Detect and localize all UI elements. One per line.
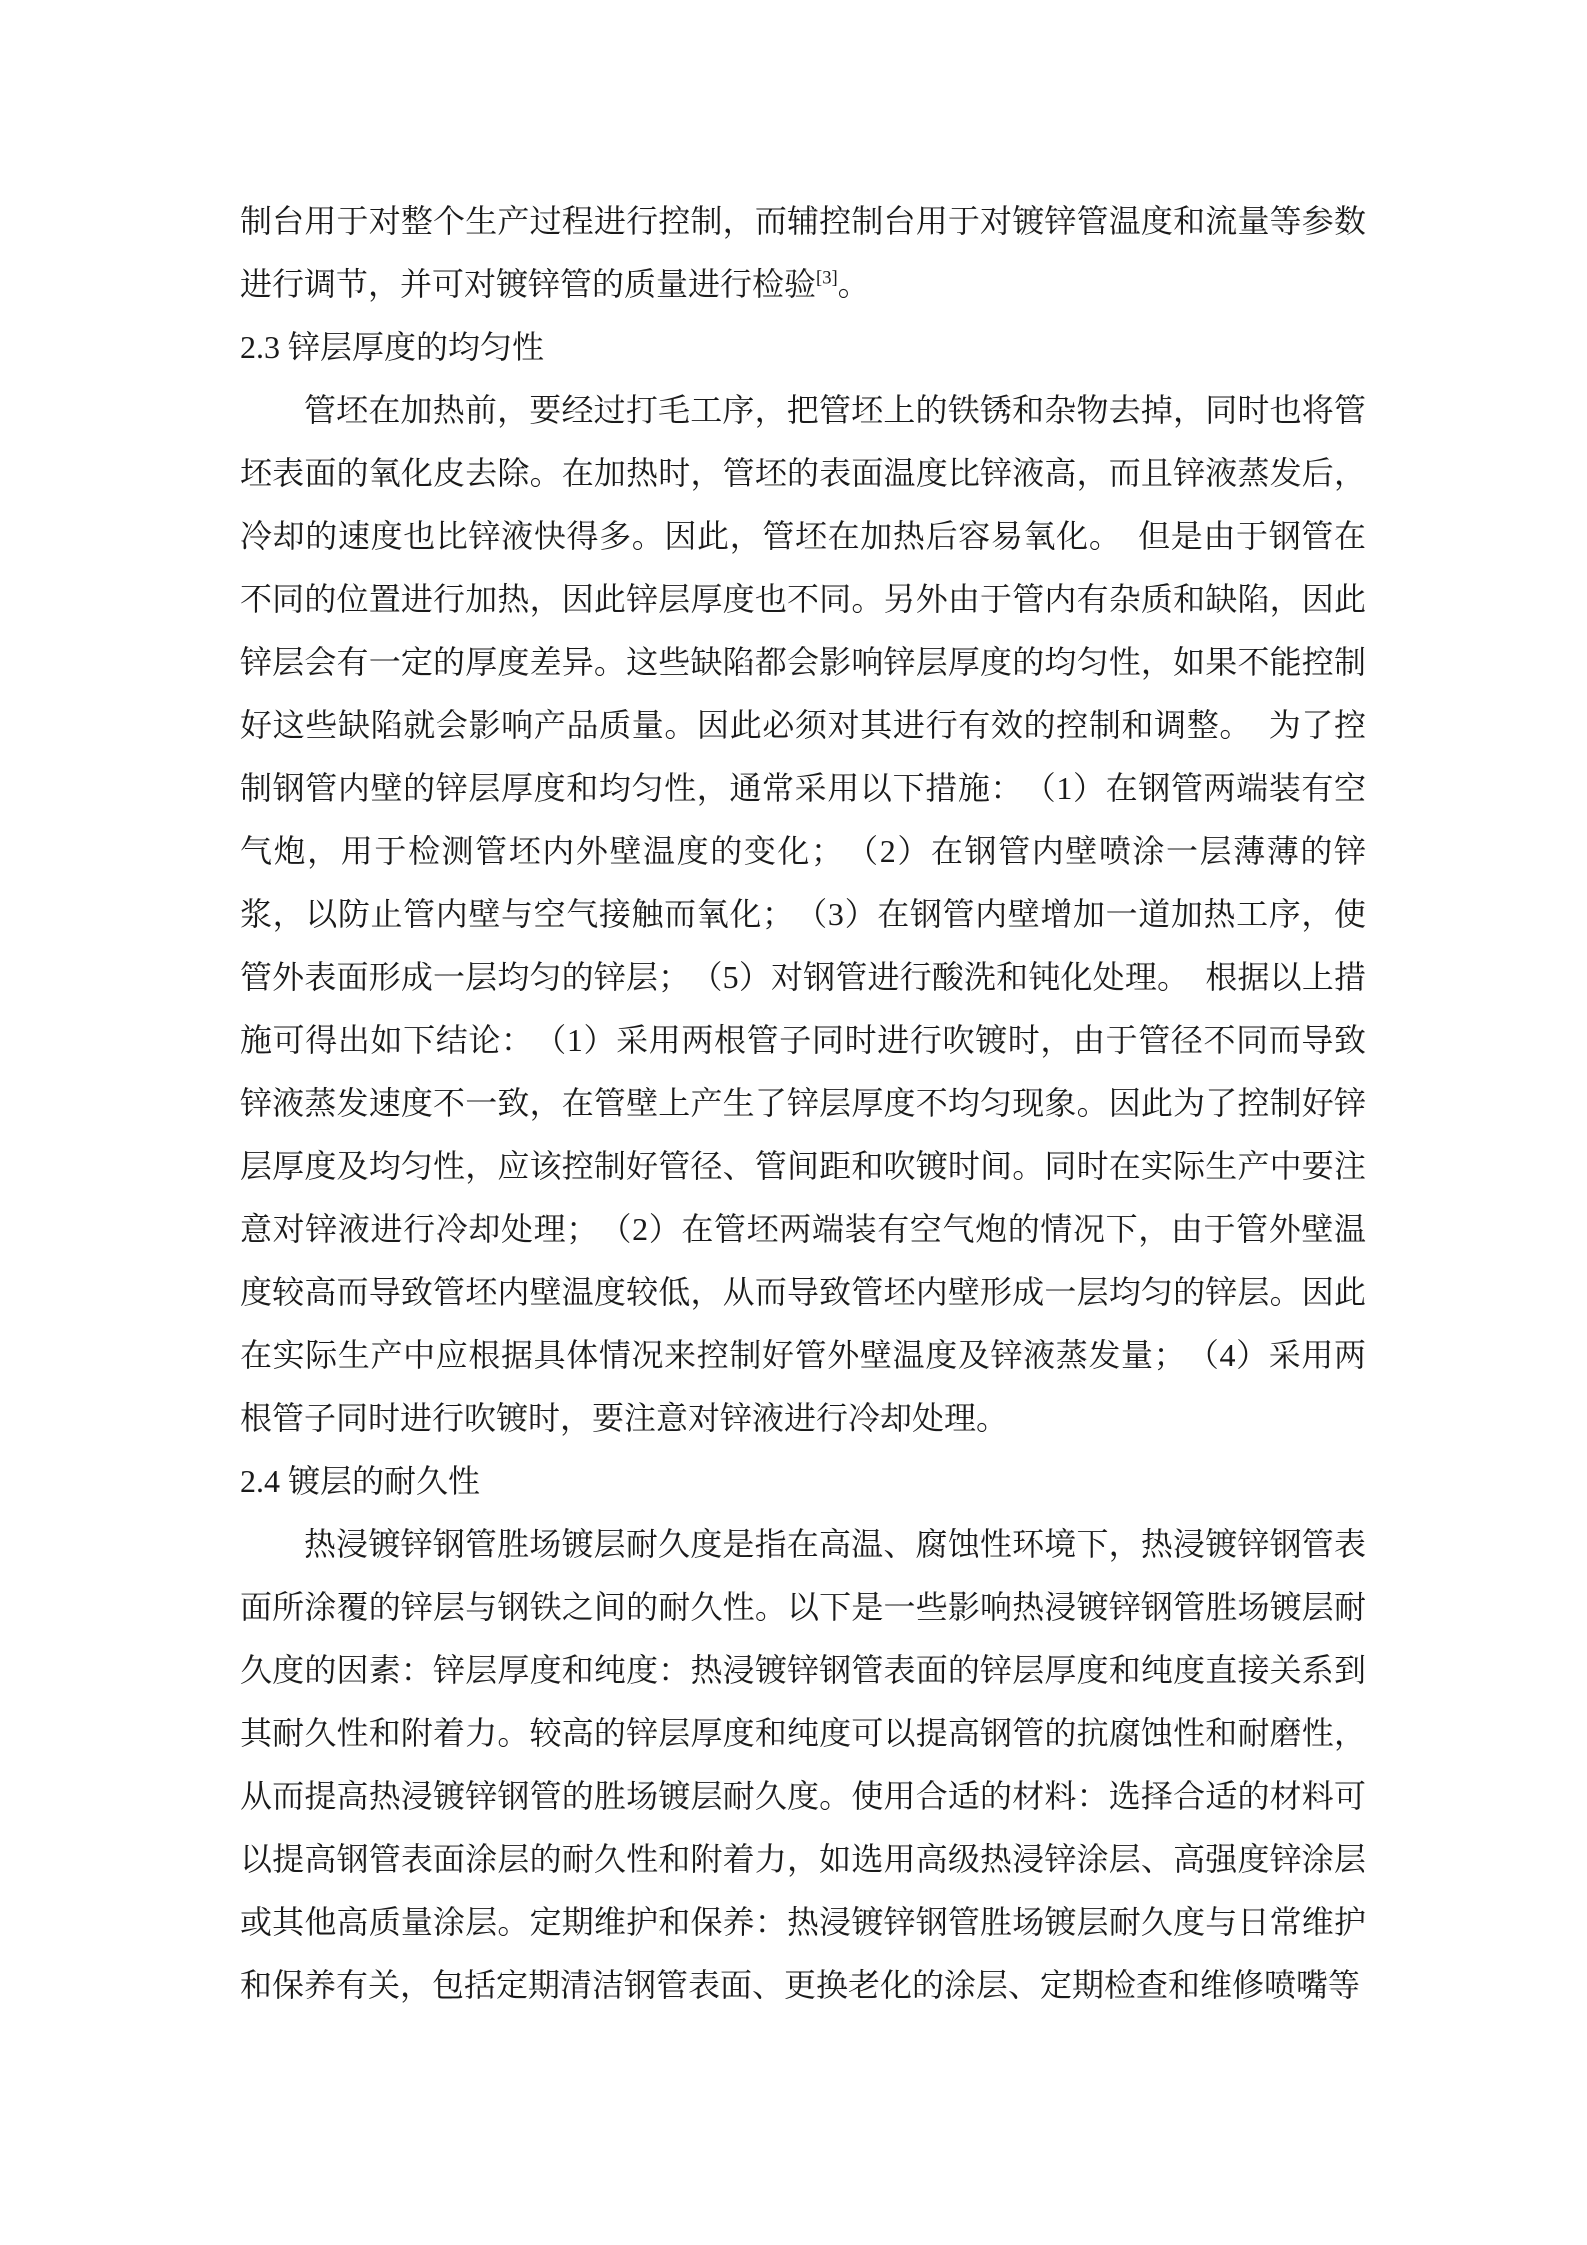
text-run: 热浸镀锌钢管胜场镀层耐久度是指在高温、腐蚀性环境下，热浸镀锌钢管表面所涂覆的锌层… <box>240 1526 1366 2003</box>
section-heading: 2.4 镀层的耐久性 <box>240 1450 1366 1513</box>
section-heading: 2.3 锌层厚度的均匀性 <box>240 316 1366 379</box>
text-run: 制台用于对整个生产过程进行控制，而辅控制台用于对镀锌管温度和流量等参数进行调节，… <box>240 203 1366 302</box>
body-paragraph: 管坯在加热前，要经过打毛工序，把管坯上的铁锈和杂物去掉，同时也将管坯表面的氧化皮… <box>240 379 1366 1450</box>
citation-superscript: [3] <box>816 267 838 288</box>
body-paragraph: 热浸镀锌钢管胜场镀层耐久度是指在高温、腐蚀性环境下，热浸镀锌钢管表面所涂覆的锌层… <box>240 1513 1366 2017</box>
text-run: 2.3 锌层厚度的均匀性 <box>240 329 544 365</box>
document-content: 制台用于对整个生产过程进行控制，而辅控制台用于对镀锌管温度和流量等参数进行调节，… <box>240 190 1366 2017</box>
body-paragraph: 制台用于对整个生产过程进行控制，而辅控制台用于对镀锌管温度和流量等参数进行调节，… <box>240 190 1366 316</box>
document-page: 制台用于对整个生产过程进行控制，而辅控制台用于对镀锌管温度和流量等参数进行调节，… <box>0 0 1587 2245</box>
text-run: 管坯在加热前，要经过打毛工序，把管坯上的铁锈和杂物去掉，同时也将管坯表面的氧化皮… <box>240 392 1366 1436</box>
text-run: 。 <box>838 266 870 302</box>
text-run: 2.4 镀层的耐久性 <box>240 1463 480 1499</box>
